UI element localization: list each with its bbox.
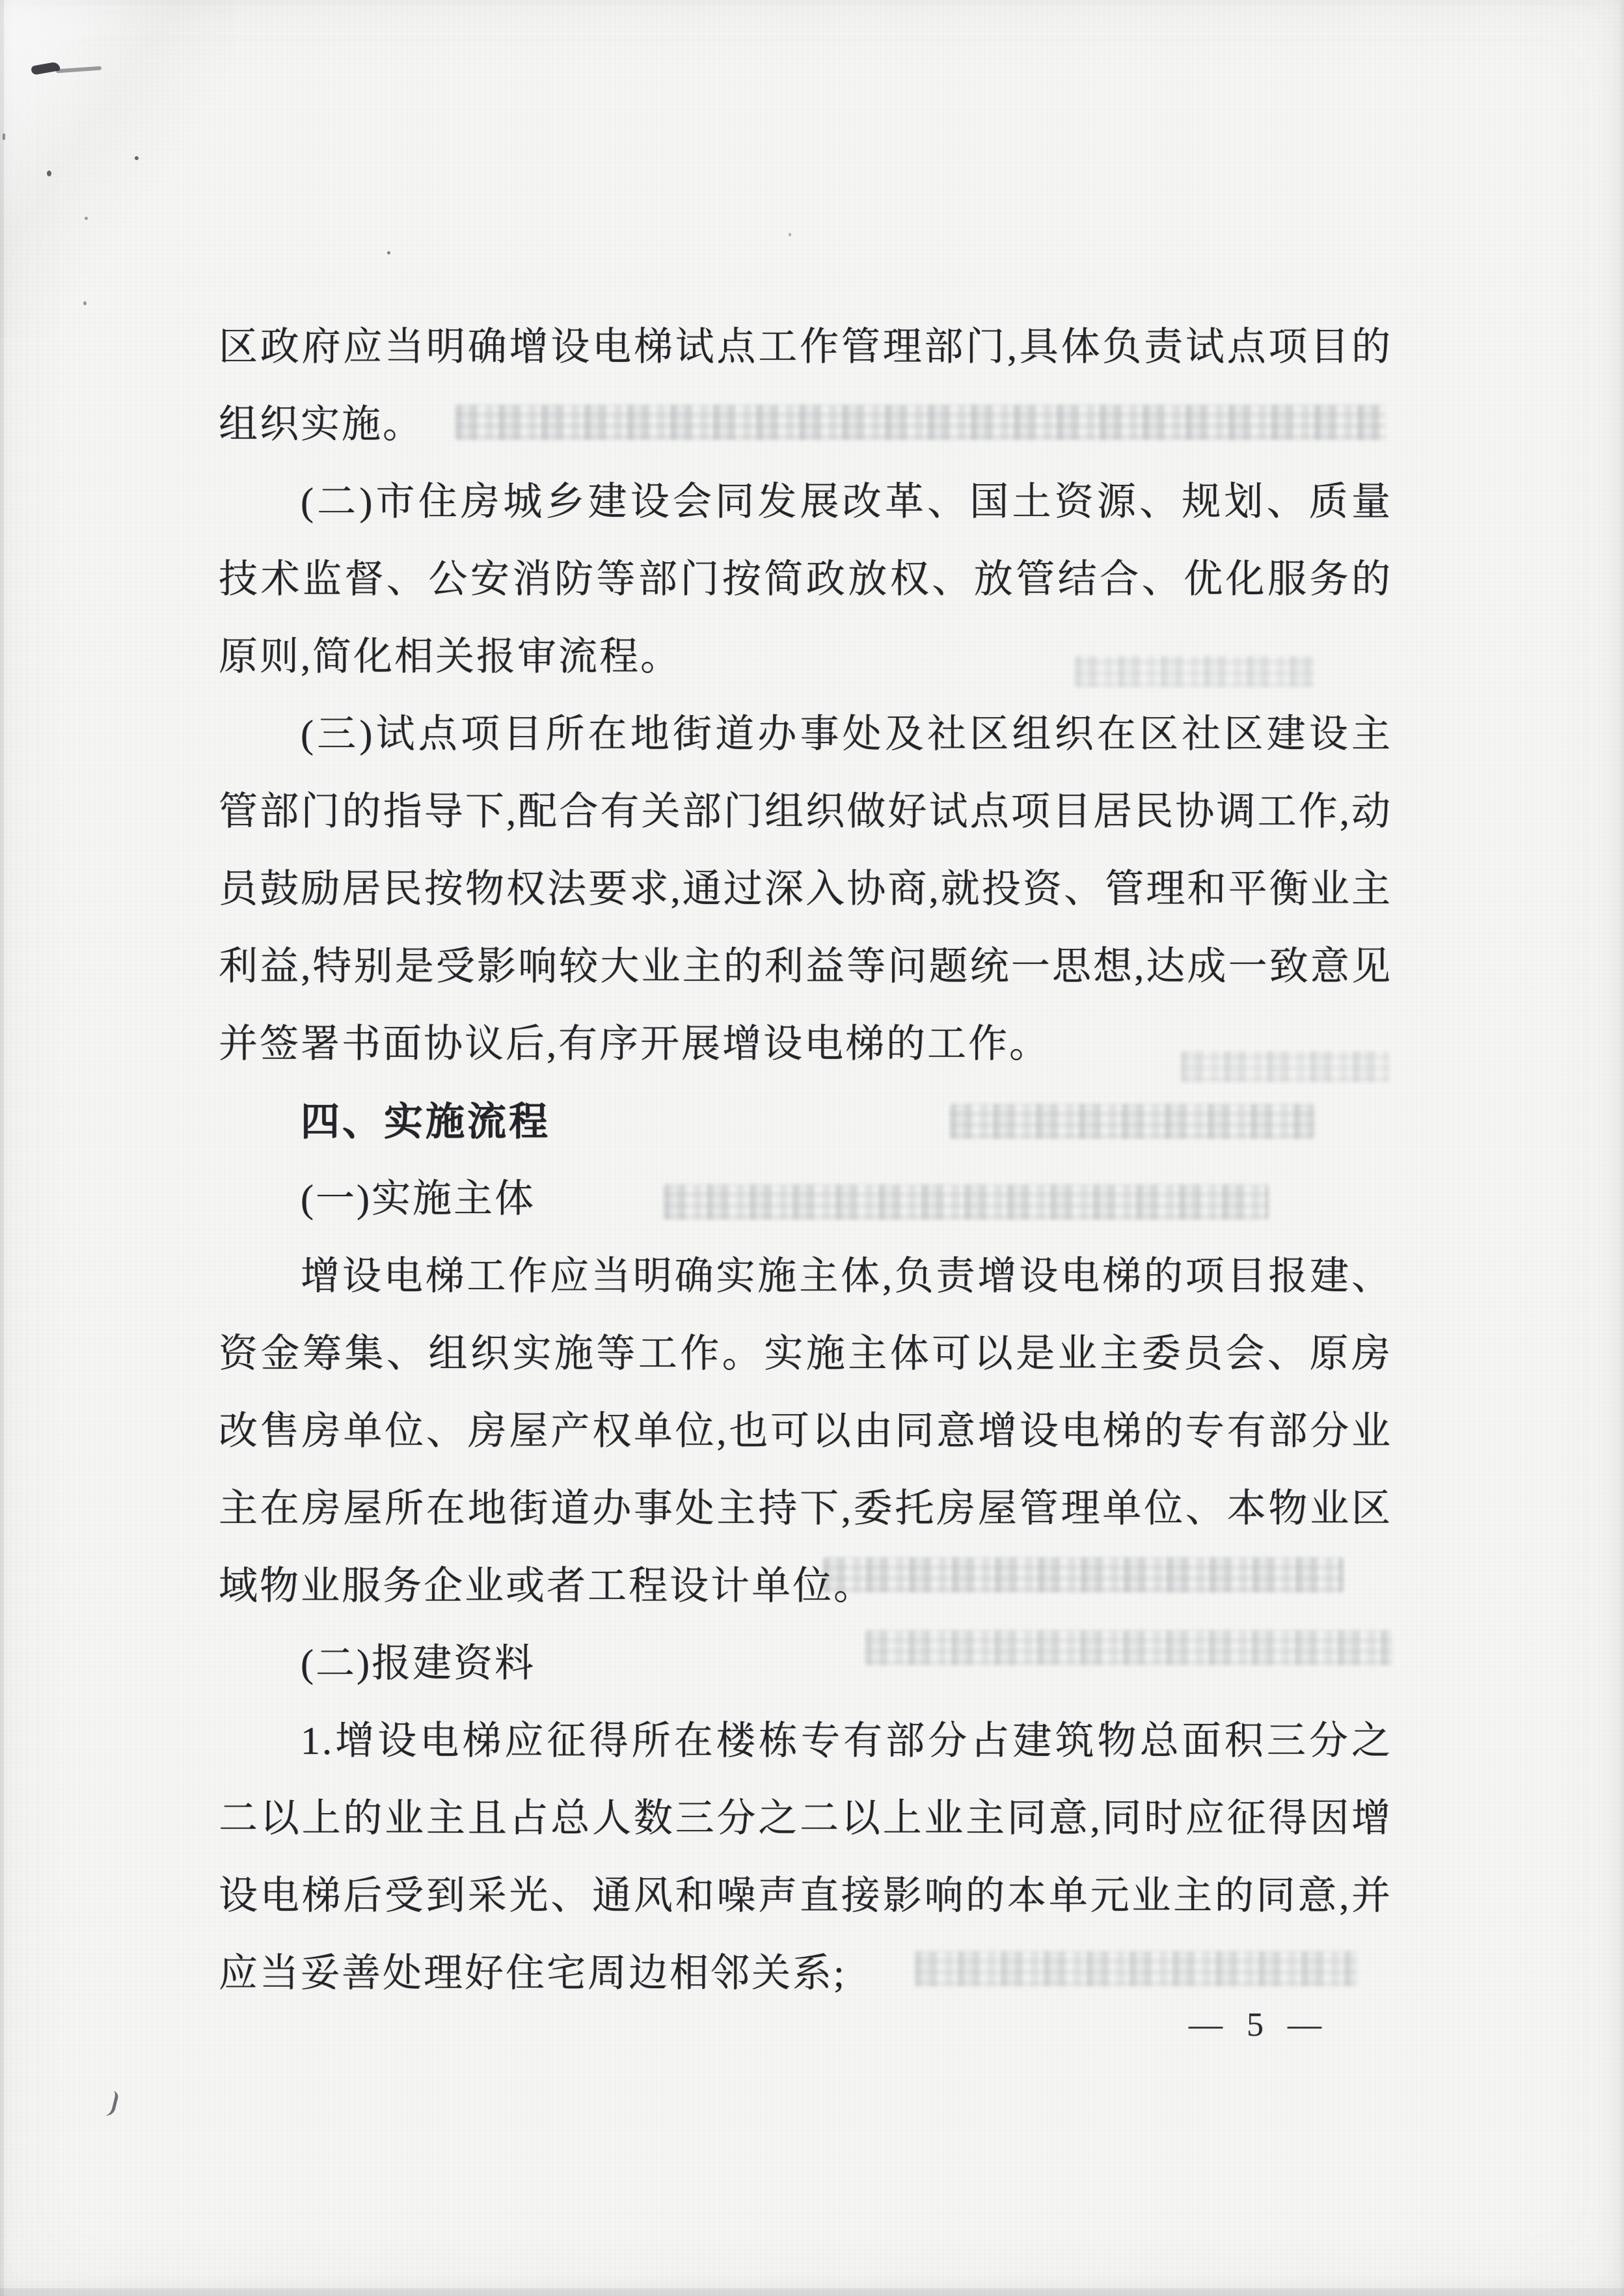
pen-mark: [101, 2089, 119, 2117]
scan-edge: [0, 0, 4, 2296]
section-heading: 四、实施流程: [219, 1083, 1392, 1160]
scan-edge: [1621, 0, 1624, 2296]
paragraph: 增设电梯工作应当明确实施主体,负责增设电梯的项目报建、资金筹集、组织实施等工作。…: [219, 1238, 1392, 1625]
scan-speck: [47, 171, 51, 176]
scan-speck: [85, 217, 88, 220]
paragraph: 区政府应当明确增设电梯试点工作管理部门,具体负责试点项目的组织实施。: [219, 308, 1392, 463]
page-number: — 5 —: [1158, 2006, 1360, 2044]
scan-speck: [789, 233, 791, 236]
paragraph: (二)报建资料: [219, 1625, 1392, 1702]
document-body: 区政府应当明确增设电梯试点工作管理部门,具体负责试点项目的组织实施。(二)市住房…: [219, 308, 1392, 2012]
scan-edge: [0, 2288, 1624, 2296]
paragraph: (三)试点项目所在地街道办事处及社区组织在区社区建设主管部门的指导下,配合有关部…: [219, 696, 1392, 1083]
scan-speck: [387, 251, 390, 254]
scan-speck: [83, 301, 87, 305]
paragraph: (二)市住房城乡建设会同发展改革、国土资源、规划、质量技术监督、公安消防等部门按…: [219, 463, 1392, 696]
scanned-document-page: 区政府应当明确增设电梯试点工作管理部门,具体负责试点项目的组织实施。(二)市住房…: [0, 0, 1624, 2296]
paragraph: 1.增设电梯应征得所在楼栋专有部分占建筑物总面积三分之二以上的业主且占总人数三分…: [219, 1702, 1392, 2012]
scan-smudge: [31, 61, 61, 75]
scan-smudge: [56, 66, 101, 74]
scan-speck: [135, 156, 139, 160]
scan-corner-shade: [0, 0, 234, 338]
paragraph: (一)实施主体: [219, 1160, 1392, 1238]
